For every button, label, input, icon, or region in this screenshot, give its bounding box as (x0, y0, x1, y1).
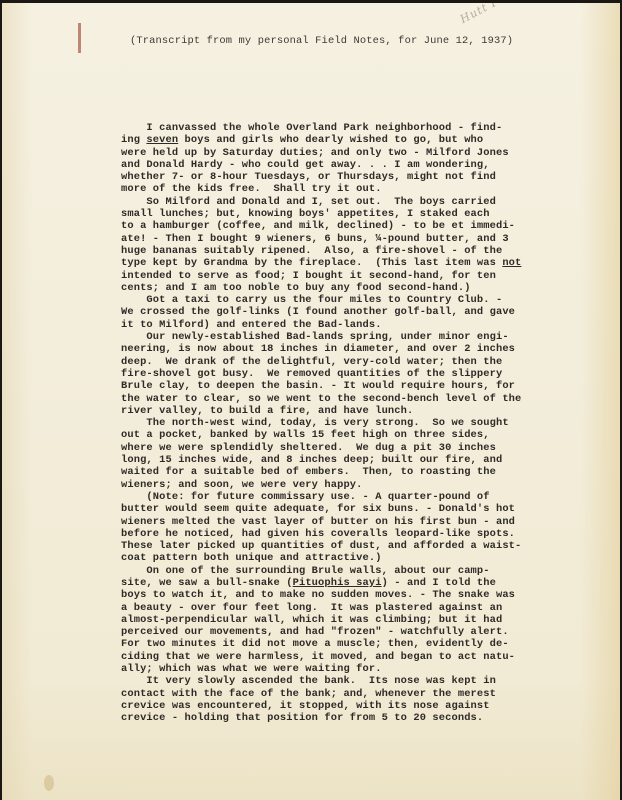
rust-stain (78, 23, 81, 53)
text-line: and Donald Hardy - who could get away. .… (121, 159, 591, 171)
text-line: Brule clay, to deepen the basin. - It wo… (121, 380, 591, 392)
text-line: Got a taxi to carry us the four miles to… (121, 294, 591, 306)
text-line: cents; and I am too noble to buy any foo… (121, 282, 591, 294)
text-line: it to Milford) and entered the Bad-lands… (121, 319, 591, 331)
text-line: Our newly-established Bad-lands spring, … (121, 331, 591, 343)
text-line: ing seven boys and girls who dearly wish… (121, 134, 591, 146)
text-line: waited for a suitable bed of embers. The… (121, 466, 591, 478)
text-line: site, we saw a bull-snake (Pituophis say… (121, 577, 591, 589)
text-line: boys to watch it, and to make no sudden … (121, 589, 591, 601)
text-line: before he noticed, had given his coveral… (121, 528, 591, 540)
text-line: contact with the face of the bank; and, … (121, 688, 591, 700)
text-line: to a hamburger (coffee, and milk, declin… (121, 220, 591, 232)
text-line: These later picked up quantities of dust… (121, 540, 591, 552)
text-line: The north-west wind, today, is very stro… (121, 417, 591, 429)
text-line: long, 15 inches wide, and 8 inches deep;… (121, 454, 591, 466)
underlined-text: not (502, 257, 521, 269)
text-line: huge bananas suitably ripened. Also, a f… (121, 245, 591, 257)
text-segment: boys and girls who dearly wished to go, … (178, 134, 483, 146)
text-line: type kept by Grandma by the fireplace. (… (121, 257, 591, 269)
text-line: the water to clear, so we went to the se… (121, 393, 591, 405)
text-line: ciding that we were harmless, it moved, … (121, 651, 591, 663)
text-line: butter would seem quite adequate, for si… (121, 503, 591, 515)
document-header: (Transcript from my personal Field Notes… (130, 35, 513, 47)
text-line: crevice - holding that position for from… (121, 712, 591, 724)
text-line: (Note: for future commissary use. - A qu… (121, 491, 591, 503)
text-line: wieners melted the vast layer of butter … (121, 516, 591, 528)
text-line: wieners; and soon, we were very happy. (121, 479, 591, 491)
text-line: perceived our movements, and had "frozen… (121, 626, 591, 638)
text-line: almost-perpendicular wall, which it was … (121, 614, 591, 626)
text-segment: ing (121, 134, 146, 146)
text-segment: ) - and I told the (382, 577, 496, 589)
text-line: out a pocket, banked by walls 15 feet hi… (121, 429, 591, 441)
text-line: where we were splendidly sheltered. We d… (121, 442, 591, 454)
text-line: I canvassed the whole Overland Park neig… (121, 122, 591, 134)
text-line: deep. We drank of the delightful, very-c… (121, 356, 591, 368)
paper-stain (44, 775, 54, 791)
text-line: On one of the surrounding Brule walls, a… (121, 565, 591, 577)
text-line: So Milford and Donald and I, set out. Th… (121, 196, 591, 208)
text-line: intended to serve as food; I bought it s… (121, 270, 591, 282)
text-line: neering, is now about 18 inches in diame… (121, 343, 591, 355)
text-line: ate! - Then I bought 9 wieners, 6 buns, … (121, 233, 591, 245)
text-line: whether 7- or 8-hour Tuesdays, or Thursd… (121, 171, 591, 183)
text-line: It very slowly ascended the bank. Its no… (121, 675, 591, 687)
text-line: We crossed the golf-links (I found anoth… (121, 306, 591, 318)
typewritten-page: Hutt Filedrawer (Transcript from my pers… (2, 3, 620, 800)
text-line: more of the kids free. Shall try it out. (121, 183, 591, 195)
text-segment: type kept by Grandma by the fireplace. (… (121, 257, 502, 269)
text-line: For two minutes it did not move a muscle… (121, 638, 591, 650)
text-line: fire-shovel got busy. We removed quantit… (121, 368, 591, 380)
text-line: coat pattern both unique and attractive.… (121, 552, 591, 564)
text-line: ally; which was what we were waiting for… (121, 663, 591, 675)
underlined-text: seven (146, 134, 178, 146)
text-line: a beauty - over four feet long. It was p… (121, 602, 591, 614)
underlined-text: Pituophis sayi (293, 577, 382, 589)
text-line: small lunches; but, knowing boys' appeti… (121, 208, 591, 220)
text-line: were held up by Saturday duties; and onl… (121, 147, 591, 159)
margin-annotation: Hutt Filedrawer (458, 3, 557, 26)
text-segment: site, we saw a bull-snake ( (121, 577, 293, 589)
text-line: river valley, to build a fire, and have … (121, 405, 591, 417)
document-body: I canvassed the whole Overland Park neig… (121, 122, 591, 725)
text-line: crevice was encountered, it stopped, wit… (121, 700, 591, 712)
